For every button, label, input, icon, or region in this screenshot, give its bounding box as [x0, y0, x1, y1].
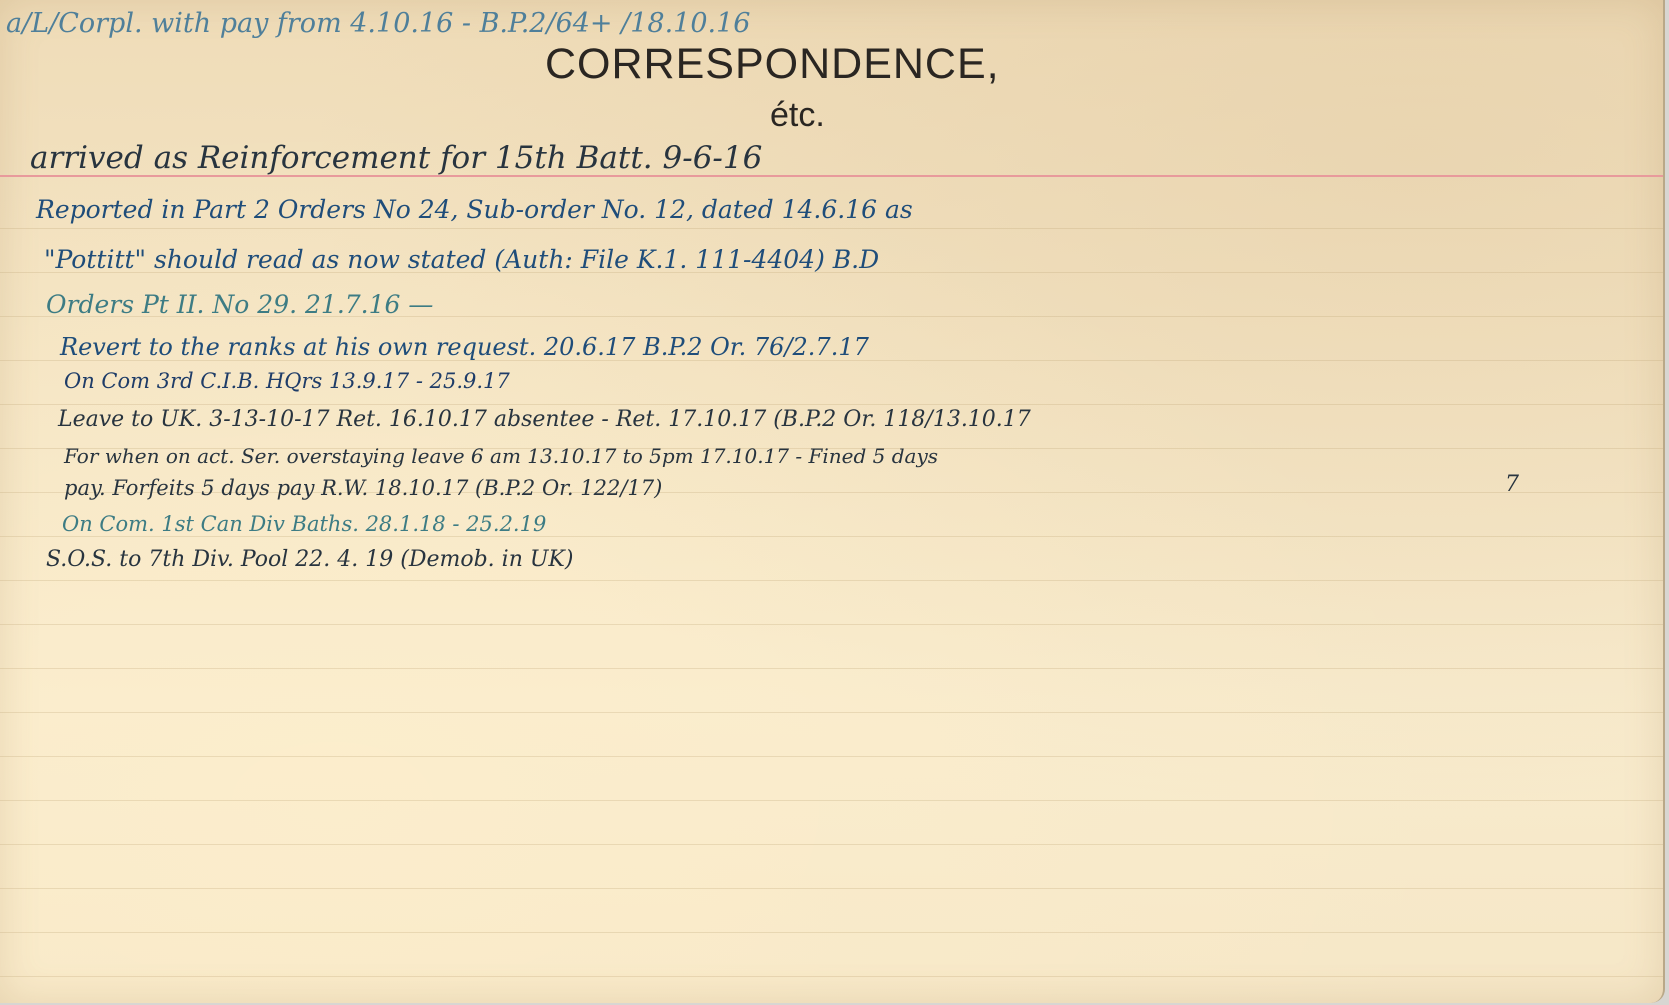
ruled-line — [0, 712, 1663, 713]
printed-heading: CORRESPONDENCE, — [545, 40, 1000, 89]
ruled-line — [0, 404, 1663, 405]
margin-note: 7 — [1505, 472, 1519, 497]
entry-line: Revert to the ranks at his own request. … — [60, 333, 869, 361]
entry-line: "Pottitt" should read as now stated (Aut… — [44, 245, 879, 274]
ruled-line — [0, 624, 1663, 625]
ruled-line — [0, 888, 1663, 889]
record-card: a/L/Corpl. with pay from 4.10.16 - B.P.2… — [0, 0, 1665, 1003]
entry-line: For when on act. Ser. overstaying leave … — [64, 444, 938, 468]
entry-line: On Com. 1st Can Div Baths. 28.1.18 - 25.… — [62, 512, 546, 536]
ruled-line — [0, 976, 1663, 977]
top-annotation: a/L/Corpl. with pay from 4.10.16 - B.P.2… — [6, 8, 750, 39]
ruled-line — [0, 756, 1663, 757]
ruled-line — [0, 932, 1663, 933]
entry-line: Orders Pt II. No 29. 21.7.16 — — [46, 290, 433, 319]
entry-line: On Com 3rd C.I.B. HQrs 13.9.17 - 25.9.17 — [64, 369, 510, 393]
ruled-line — [0, 668, 1663, 669]
ruled-line — [0, 844, 1663, 845]
ruled-line — [0, 536, 1663, 537]
entry-line: S.O.S. to 7th Div. Pool 22. 4. 19 (Demob… — [46, 547, 573, 572]
printed-subheading: étc. — [770, 96, 825, 135]
ruled-line — [0, 800, 1663, 801]
entry-line: Leave to UK. 3-13-10-17 Ret. 16.10.17 ab… — [58, 407, 1031, 432]
ruled-line — [0, 228, 1663, 229]
entry-line: Reported in Part 2 Orders No 24, Sub-ord… — [36, 195, 913, 224]
entry-line: pay. Forfeits 5 days pay R.W. 18.10.17 (… — [64, 476, 662, 500]
ruled-line — [0, 580, 1663, 581]
header-entry: arrived as Reinforcement for 15th Batt. … — [30, 140, 762, 176]
